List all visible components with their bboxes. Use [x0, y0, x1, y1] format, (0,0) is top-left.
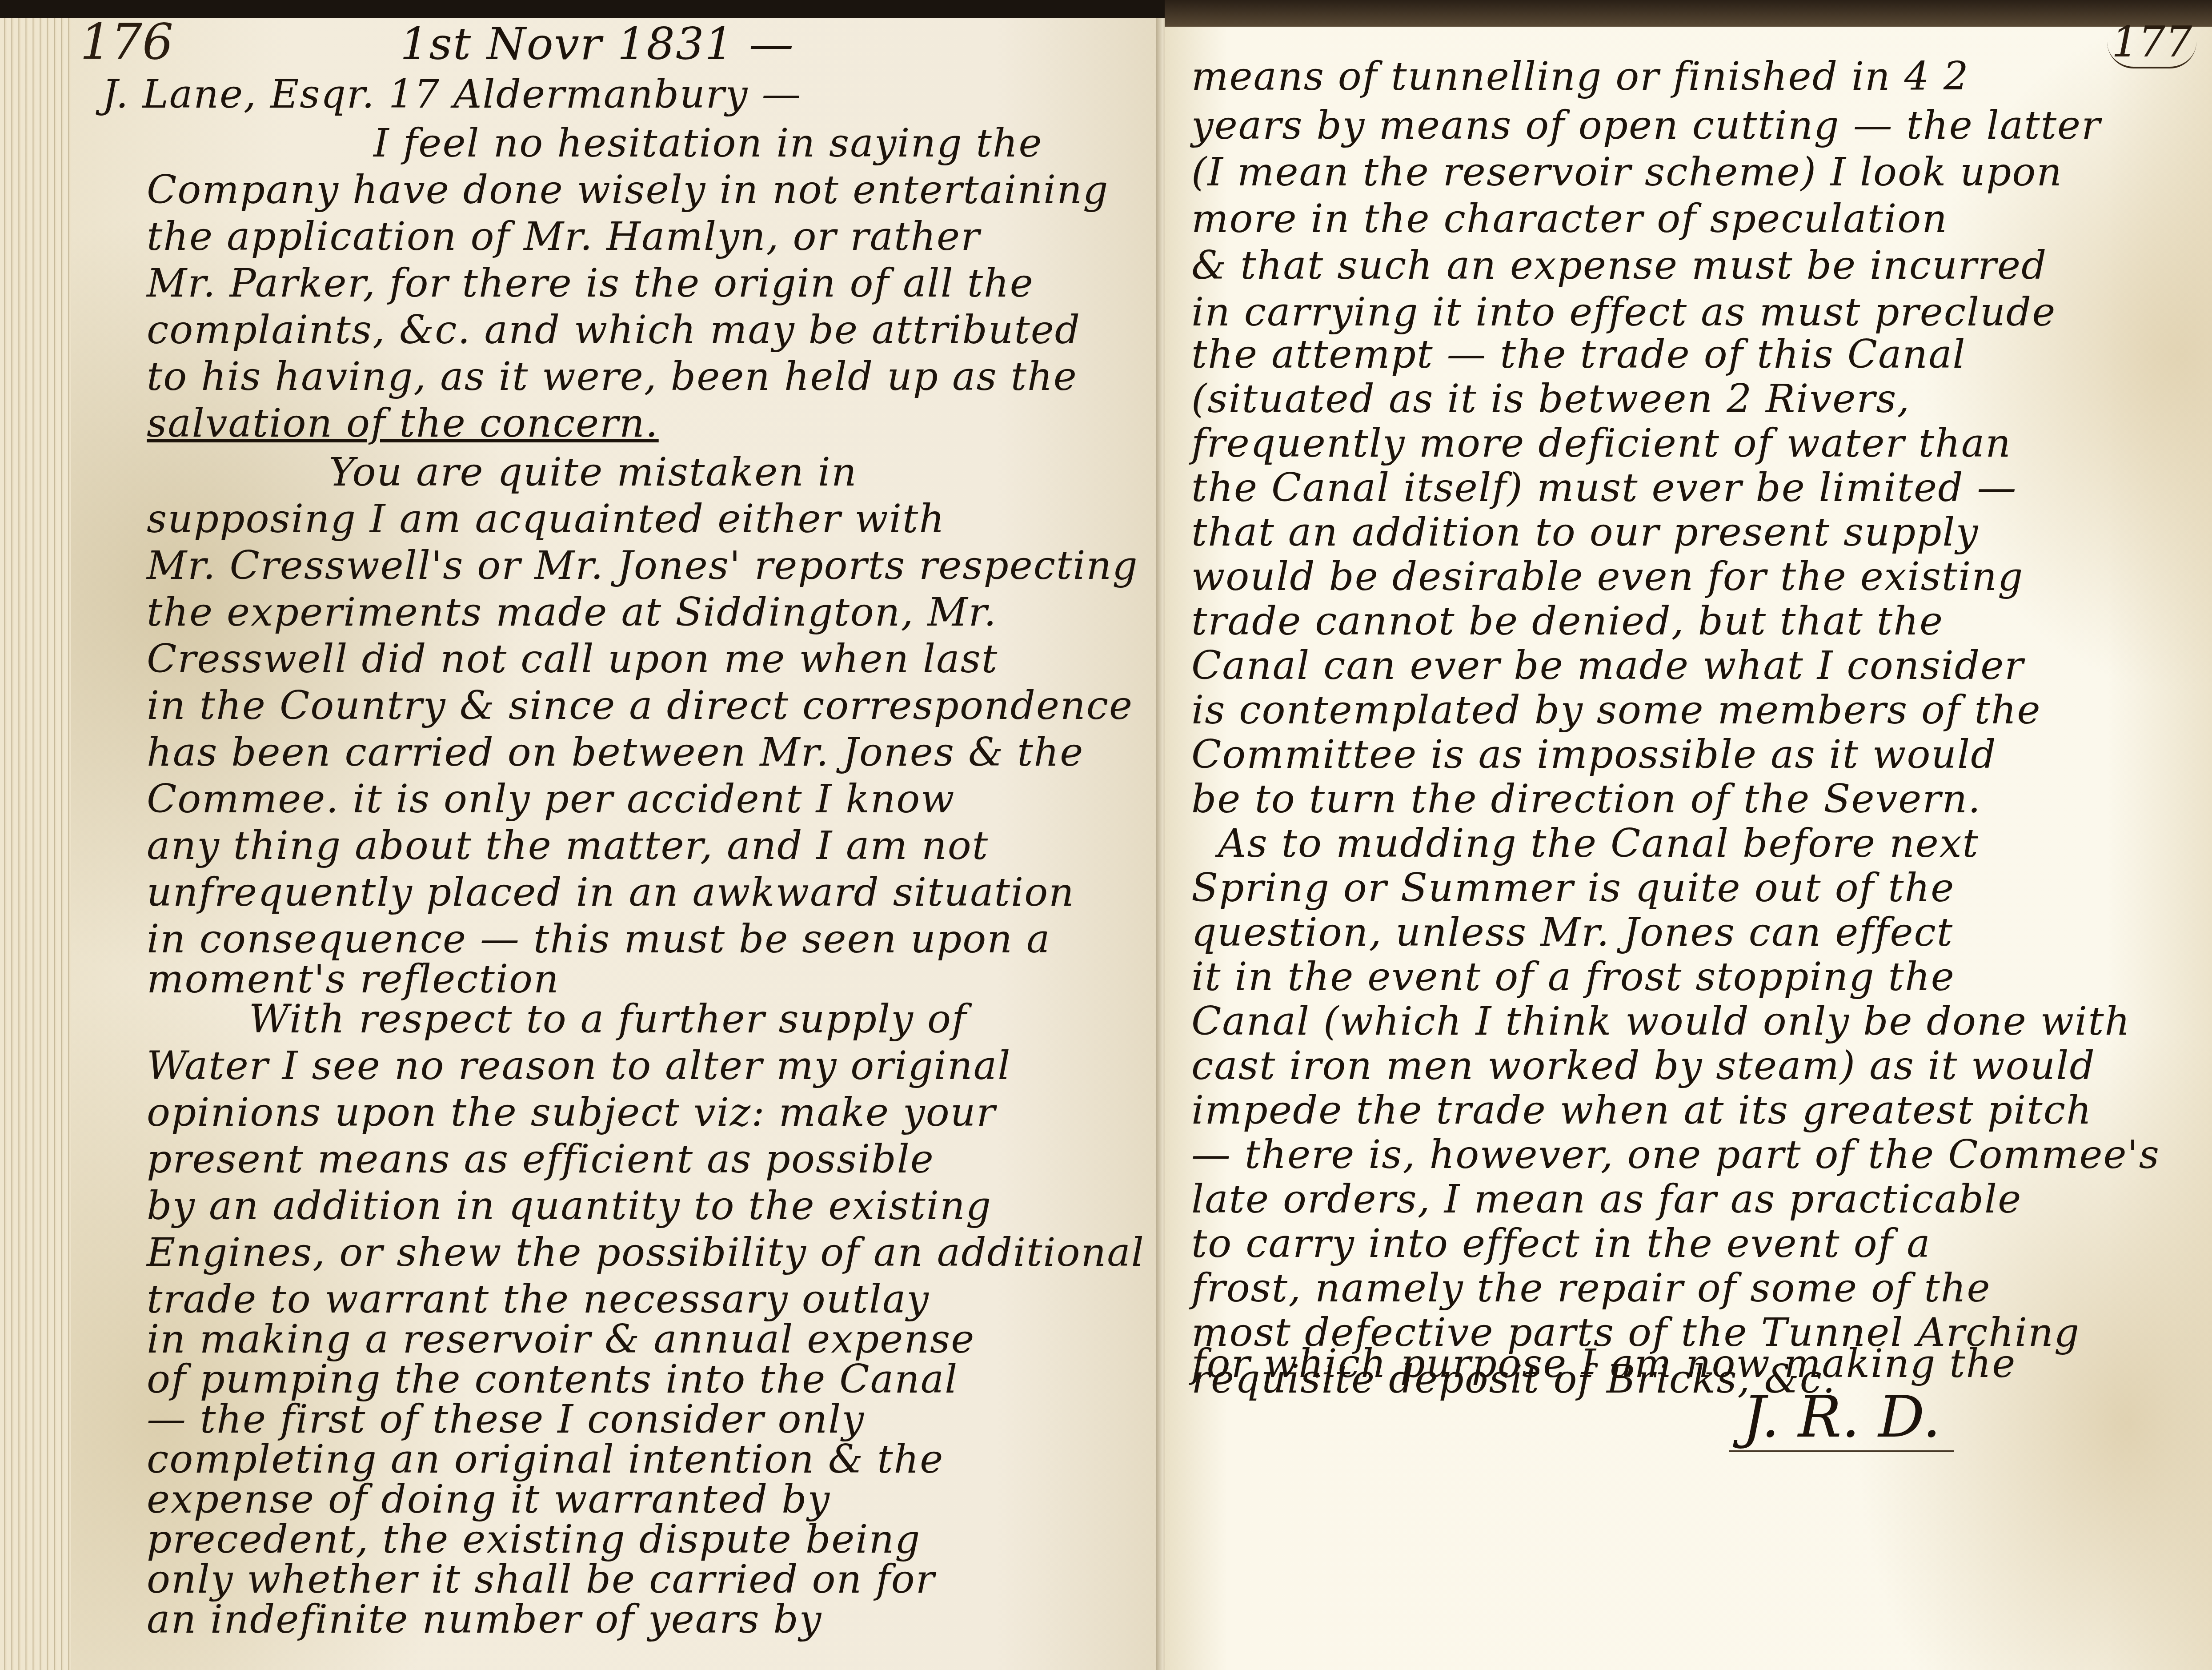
text-line: Company have done wisely in not entertai… [147, 167, 1109, 213]
text-line: has been carried on between Mr. Jones & … [147, 729, 1084, 775]
text-line: only whether it shall be carried on for [147, 1556, 935, 1602]
text-line: any thing about the matter, and I am not [147, 823, 989, 868]
text-line: it in the event of a frost stopping the [1191, 954, 1955, 1000]
text-line: impede the trade when at its greatest pi… [1191, 1087, 2092, 1133]
text-line: that an addition to our present supply [1191, 509, 1979, 555]
text-line: (situated as it is between 2 Rivers, [1191, 376, 1911, 422]
text-line: opinions upon the subject viz: make your [147, 1089, 996, 1135]
text-line: would be desirable even for the existing [1191, 554, 2024, 599]
text-line: complaints, &c. and which may be attribu… [147, 307, 1081, 353]
text-line: present means as efficient as possible [147, 1136, 934, 1182]
page-edges [0, 18, 76, 1670]
text-line: supposing I am acquainted either with [147, 496, 945, 542]
book-binding-top [1165, 0, 2212, 28]
text-line: Water I see no reason to alter my origin… [147, 1043, 1011, 1088]
text-line: of pumping the contents into the Canal [147, 1356, 958, 1402]
text-line: to carry into effect in the event of a [1191, 1220, 1931, 1266]
text-line: Spring or Summer is quite out of the [1191, 865, 1955, 911]
text-line: trade to warrant the necessary outlay [147, 1276, 930, 1322]
text-line: frequently more deficient of water than [1191, 420, 2012, 466]
letter-date: 1st Novr 1831 — [400, 18, 794, 70]
text-line: moment's reflection [147, 956, 560, 1002]
folio-number-left: 176 [80, 13, 173, 70]
text-line: to his having, as it were, been held up … [147, 353, 1078, 399]
text-line: late orders, I mean as far as practicabl… [1191, 1176, 2022, 1222]
text-line: — there is, however, one part of the Com… [1191, 1132, 2160, 1177]
text-line: You are quite mistaken in [329, 449, 858, 495]
text-line: trade cannot be denied, but that the [1191, 598, 1944, 644]
text-line: unfrequently placed in an awkward situat… [147, 869, 1075, 915]
text-line: in carrying it into effect as must precl… [1191, 289, 2056, 335]
text-line: Mr. Cresswell's or Mr. Jones' reports re… [147, 542, 1138, 588]
text-line: more in the character of speculation [1191, 196, 1948, 241]
text-line: Canal can ever be made what I consider [1191, 642, 2024, 688]
text-line: precedent, the existing dispute being [147, 1516, 921, 1562]
text-line: Committee is as impossible as it would [1191, 731, 1997, 777]
text-line: by an addition in quantity to the existi… [147, 1183, 992, 1228]
text-line: completing an original intention & the [147, 1436, 944, 1482]
text-line: cast iron men worked by steam) as it wou… [1191, 1043, 2096, 1088]
text-line: the application of Mr. Hamlyn, or rather [147, 213, 980, 259]
text-line: question, unless Mr. Jones can effect [1191, 909, 1953, 955]
text-line: (I mean the reservoir scheme) I look upo… [1191, 149, 2063, 195]
text-line: an indefinite number of years by [147, 1596, 822, 1642]
text-line: the experiments made at Siddington, Mr. [147, 589, 997, 635]
text-line: be to turn the direction of the Severn. [1191, 776, 1981, 822]
text-line: means of tunnelling or finished in 4 2 [1191, 53, 1969, 99]
folio-number-right: 177 [2107, 18, 2196, 68]
manuscript-spread: 176 1st Novr 1831 — J. Lane, Esqr. 17 Al… [0, 0, 2212, 1670]
text-line: As to mudding the Canal before next [1218, 820, 1979, 866]
text-line: the Canal itself) must ever be limited — [1191, 465, 2017, 510]
text-line: is contemplated by some members of the [1191, 687, 2041, 733]
text-line: frost, namely the repair of some of the [1191, 1265, 1991, 1311]
text-line: With respect to a further supply of [249, 996, 967, 1042]
text-line: I feel no hesitation in saying the [373, 120, 1043, 166]
text-line: — the first of these I consider only [147, 1396, 865, 1442]
text-line: salvation of the concern. [147, 400, 659, 446]
text-line: Engines, or shew the possibility of an a… [147, 1229, 1145, 1275]
text-line: Canal (which I think would only be done … [1191, 998, 2131, 1044]
text-line: in consequence — this must be seen upon … [147, 916, 1050, 962]
text-line: in the Country & since a direct correspo… [147, 682, 1133, 728]
text-line: Commee. it is only per accident I know [147, 776, 955, 822]
text-line: in making a reservoir & annual expense [147, 1316, 975, 1362]
text-line: Cresswell did not call upon me when last [147, 636, 998, 682]
text-line: expense of doing it warranted by [147, 1476, 830, 1522]
letter-addressee: J. Lane, Esqr. 17 Aldermanbury — [102, 71, 802, 117]
text-line: & that such an expense must be incurred [1191, 242, 2047, 288]
text-line: years by means of open cutting — the lat… [1191, 102, 2101, 148]
signature-initials: J. R. D. [1729, 1383, 1954, 1452]
text-line: Mr. Parker, for there is the origin of a… [147, 260, 1034, 306]
text-line: the attempt — the trade of this Canal [1191, 331, 1966, 377]
